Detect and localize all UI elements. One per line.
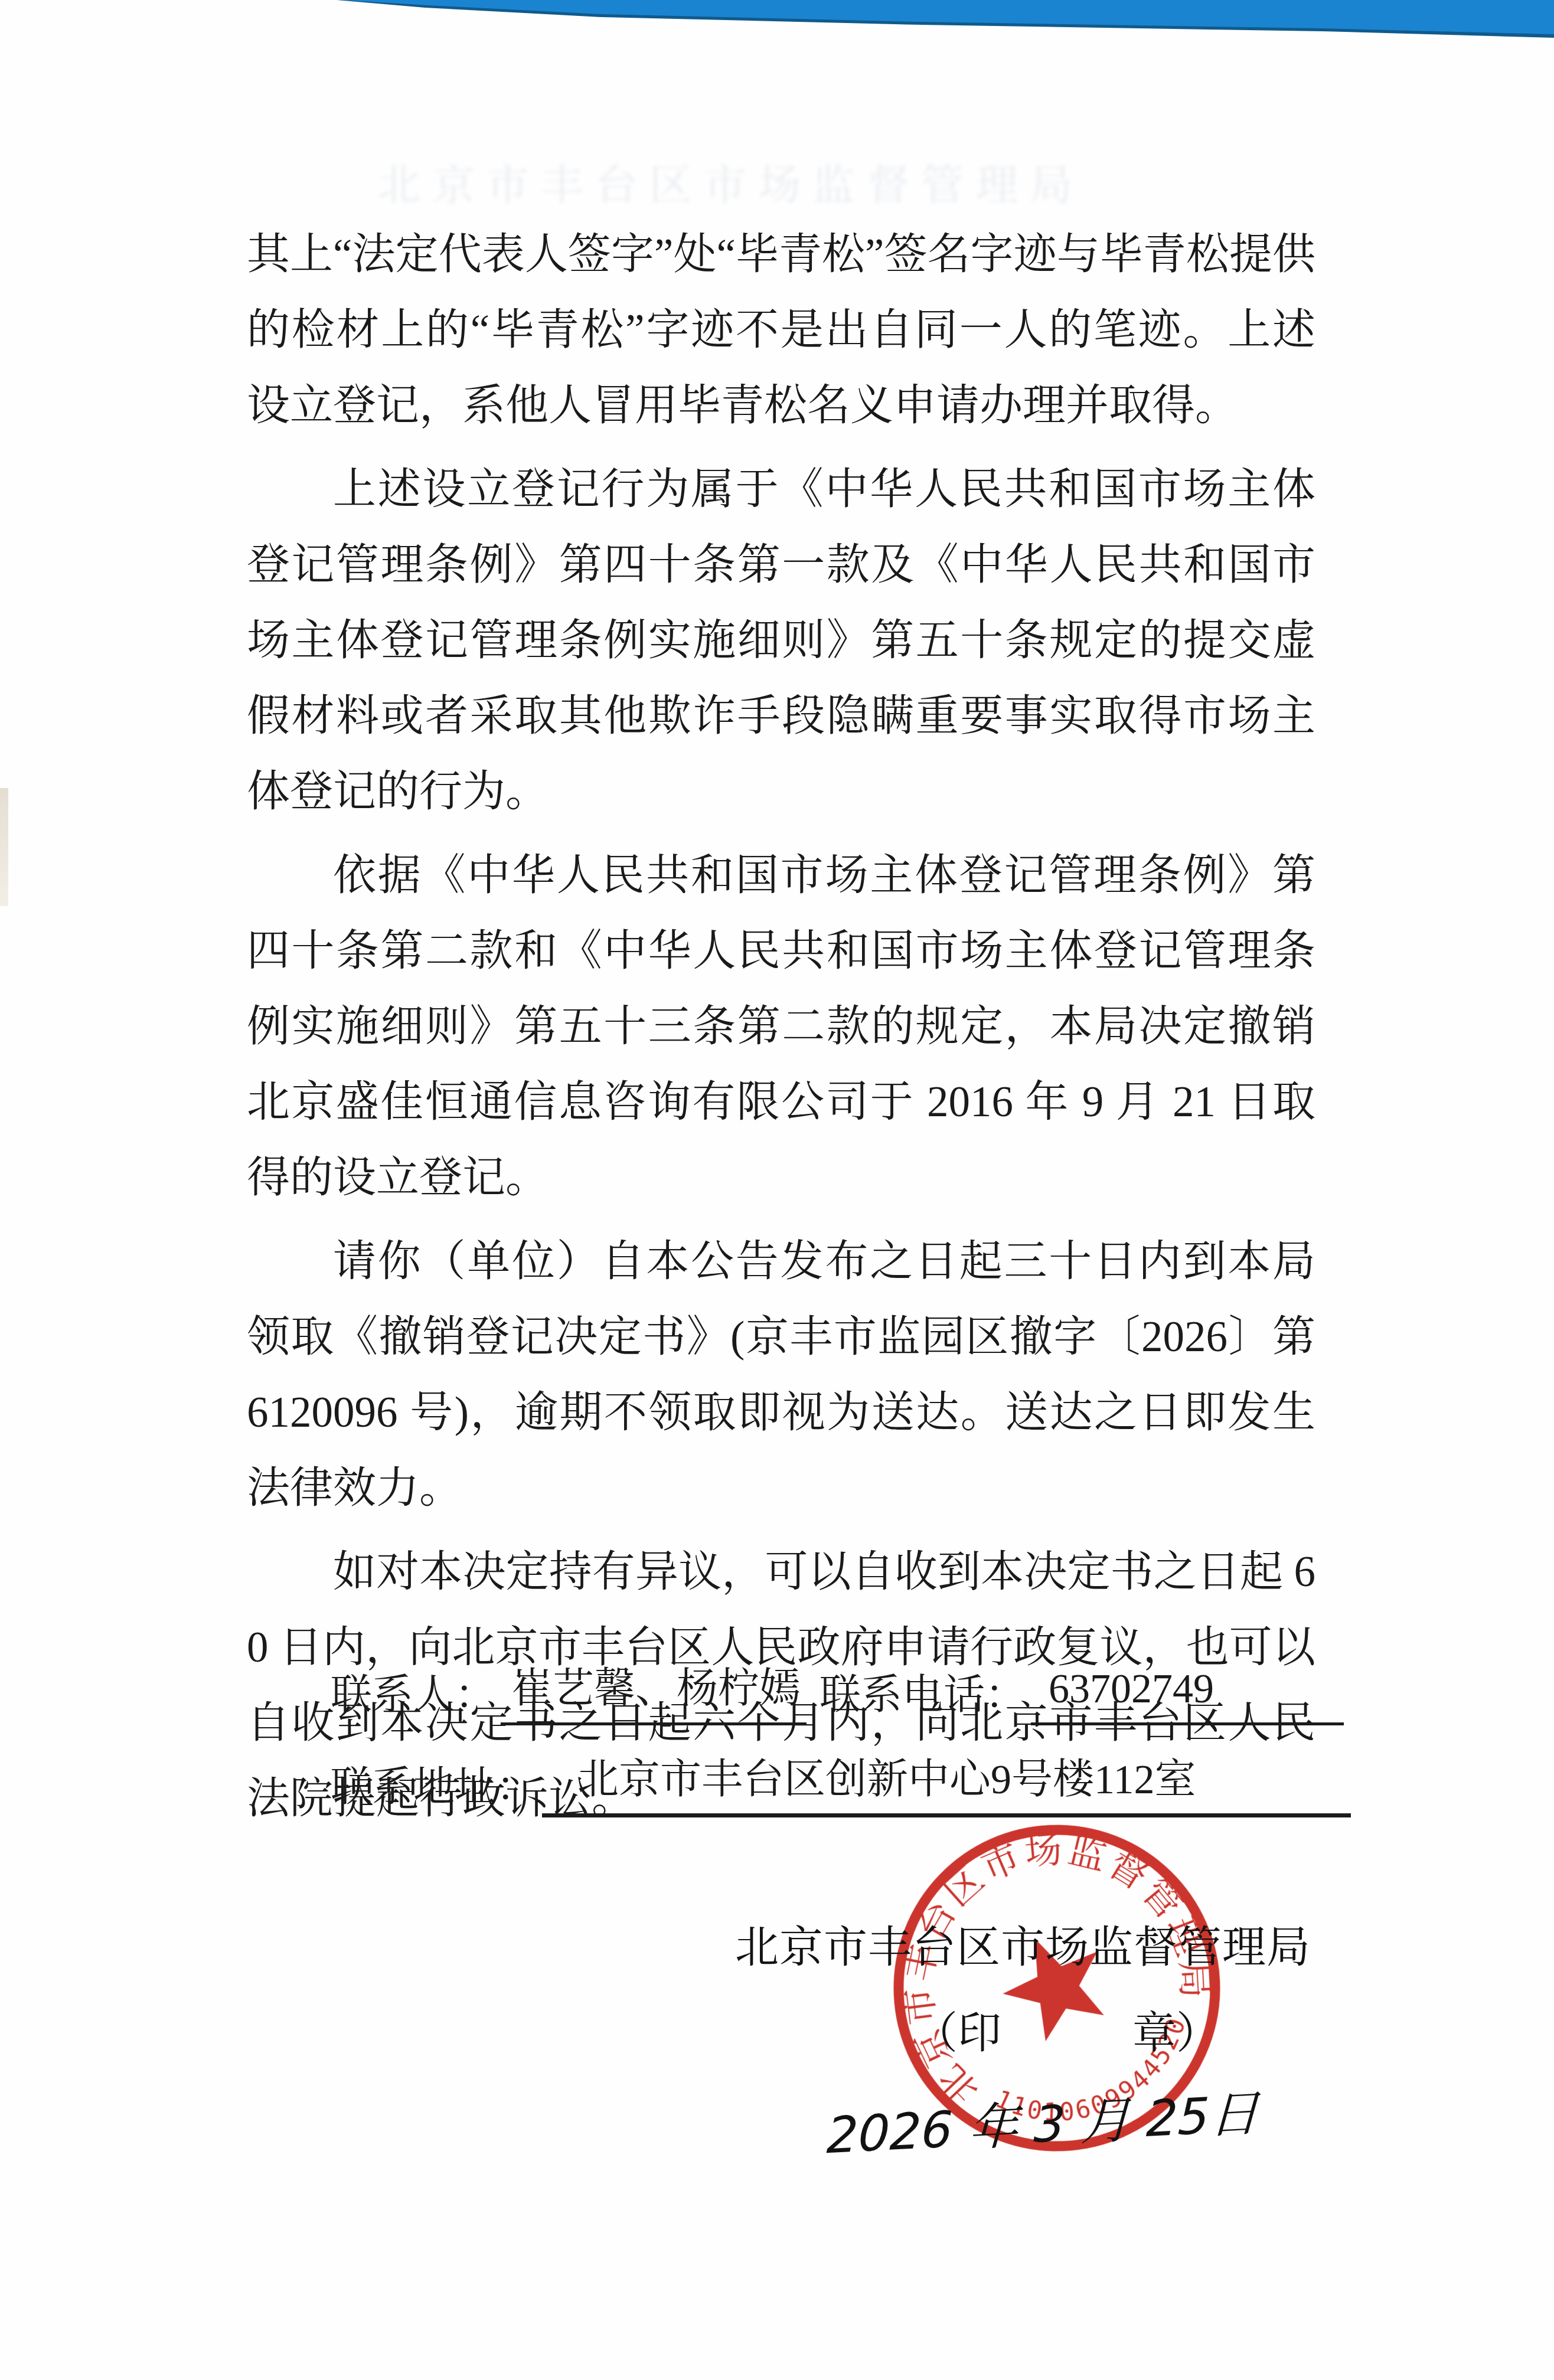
contact-person-label: 联系人： xyxy=(331,1673,496,1718)
contact-phone-label: 联系电话： xyxy=(820,1673,1026,1718)
scanned-document-page: 北京市丰台区市场监督管理局 其上“法定代表人签字”处“毕青松”签名字迹与毕青松提… xyxy=(0,0,1554,2380)
contact-address-value: 北京市丰台区创新中心9号楼112室 xyxy=(542,1751,1351,1817)
paragraph-decision: 依据《中华人民共和国市场主体登记管理条例》第四十条第二款和《中华人民共和国市场主… xyxy=(247,838,1315,1215)
issuing-authority-name: 北京市丰台区市场监督管理局 xyxy=(735,1912,1311,1975)
notice-body: 其上“法定代表人签字”处“毕青松”签名字迹与毕青松提供的检材上的“毕青松”字迹不… xyxy=(247,217,1315,1845)
paragraph-pickup-notice: 请你（单位）自本公告发布之日起三十日内到本局领取《撤销登记决定书》(京丰市监园区… xyxy=(247,1224,1315,1526)
paragraph-continuation: 其上“法定代表人签字”处“毕青松”签名字迹与毕青松提供的检材上的“毕青松”字迹不… xyxy=(247,217,1315,443)
contact-person-row: 联系人：崔艺馨、杨柠嫣联系电话：63702749 xyxy=(331,1660,1344,1725)
contact-phone-number: 63702749 xyxy=(1031,1660,1344,1725)
contact-address-label: 联系地址： xyxy=(331,1765,537,1810)
paragraph-violation: 上述设立登记行为属于《中华人民共和国市场主体登记管理条例》第四十条第一款及《中华… xyxy=(247,452,1315,829)
contact-person-names: 崔艺馨、杨柠嫣 xyxy=(501,1660,807,1725)
bleed-through-ghost-text: 北京市丰台区市场监督管理局 xyxy=(378,151,1204,212)
seal-caption: （印 章） xyxy=(914,1998,1220,2061)
scan-edge-artifact xyxy=(0,788,8,906)
